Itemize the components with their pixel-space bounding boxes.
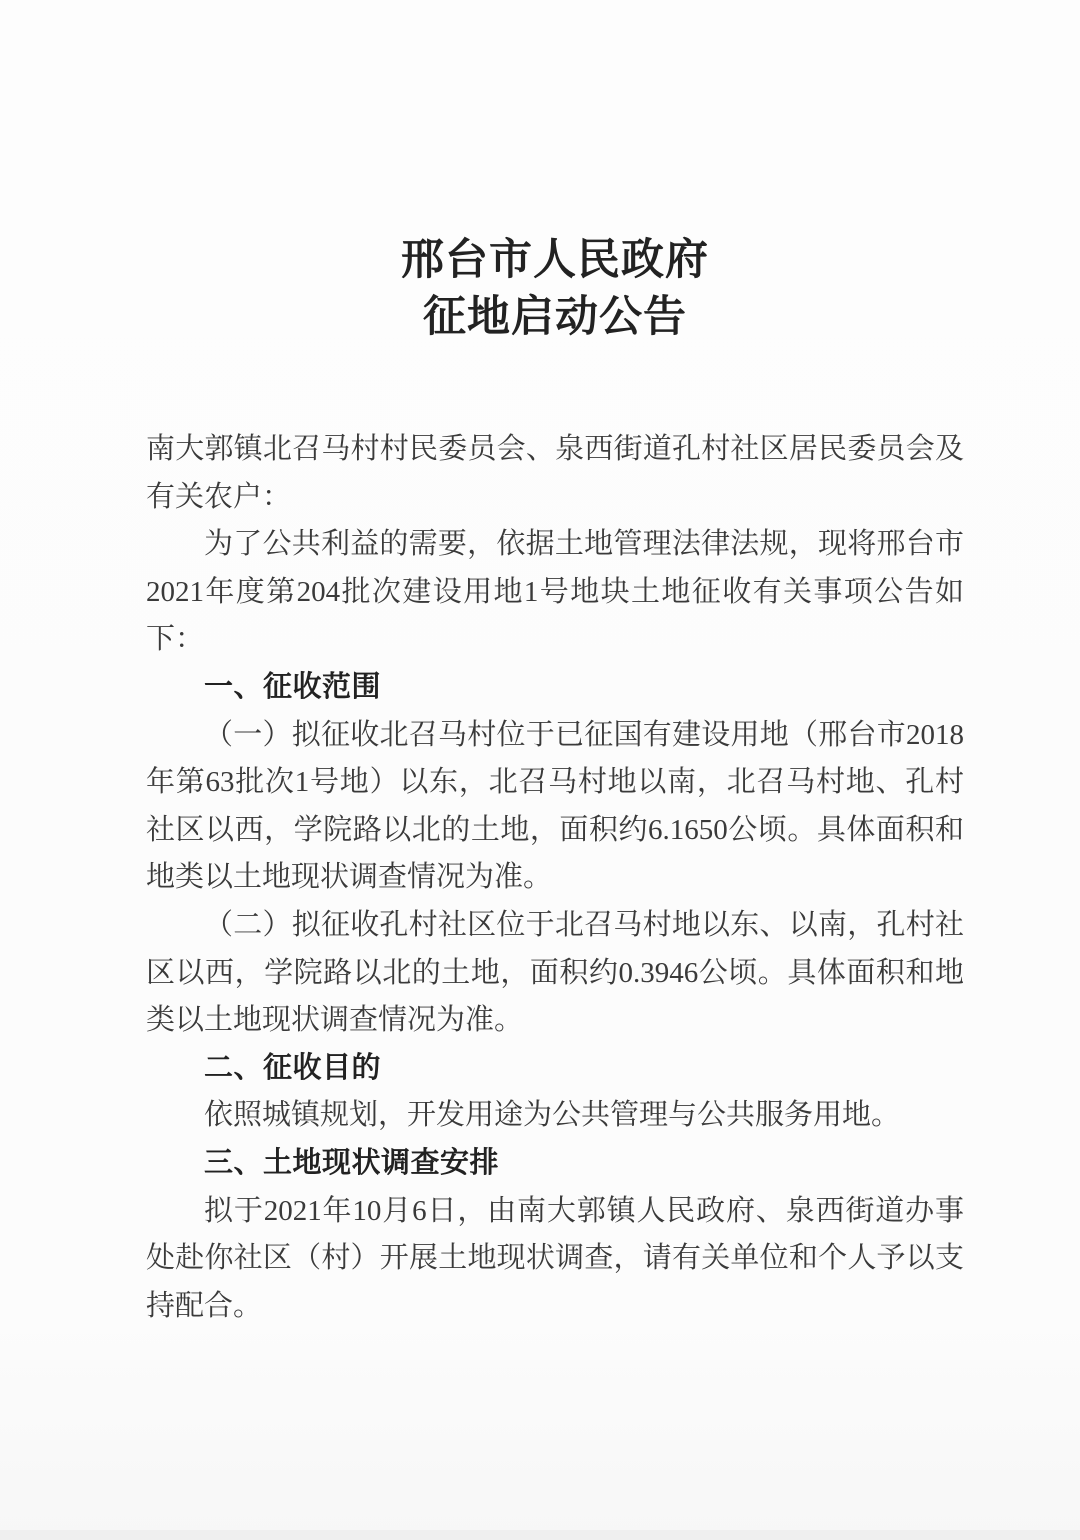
title-line-government: 邢台市人民政府 [146, 232, 964, 289]
paragraph-scope-item-2: （二）拟征收孔村社区位于北召马村地以东、以南，孔村社区以西，学院路以北的土地，面… [146, 902, 964, 1045]
title-line-announcement: 征地启动公告 [146, 289, 964, 346]
section-heading-purpose: 二、征收目的 [146, 1045, 964, 1093]
paragraph-survey: 拟于2021年10月6日，由南大郭镇人民政府、泉西街道办事处赴你社区（村）开展土… [146, 1188, 964, 1331]
document-title: 邢台市人民政府 征地启动公告 [146, 232, 964, 346]
document-page: 邢台市人民政府 征地启动公告 南大郭镇北召马村村民委员会、泉西街道孔村社区居民委… [0, 0, 1080, 1540]
salutation-line: 南大郭镇北召马村村民委员会、泉西街道孔村社区居民委员会及有关农户： [146, 426, 964, 521]
document-body: 南大郭镇北召马村村民委员会、泉西街道孔村社区居民委员会及有关农户： 为了公共利益… [146, 426, 964, 1330]
scan-bottom-edge [0, 1530, 1080, 1540]
intro-paragraph: 为了公共利益的需要，依据土地管理法律法规，现将邢台市2021年度第204批次建设… [146, 521, 964, 664]
paragraph-purpose: 依照城镇规划，开发用途为公共管理与公共服务用地。 [146, 1092, 964, 1140]
section-heading-scope: 一、征收范围 [146, 664, 964, 712]
paragraph-scope-item-1: （一）拟征收北召马村位于已征国有建设用地（邢台市2018年第63批次1号地）以东… [146, 712, 964, 902]
section-heading-survey: 三、土地现状调查安排 [146, 1140, 964, 1188]
